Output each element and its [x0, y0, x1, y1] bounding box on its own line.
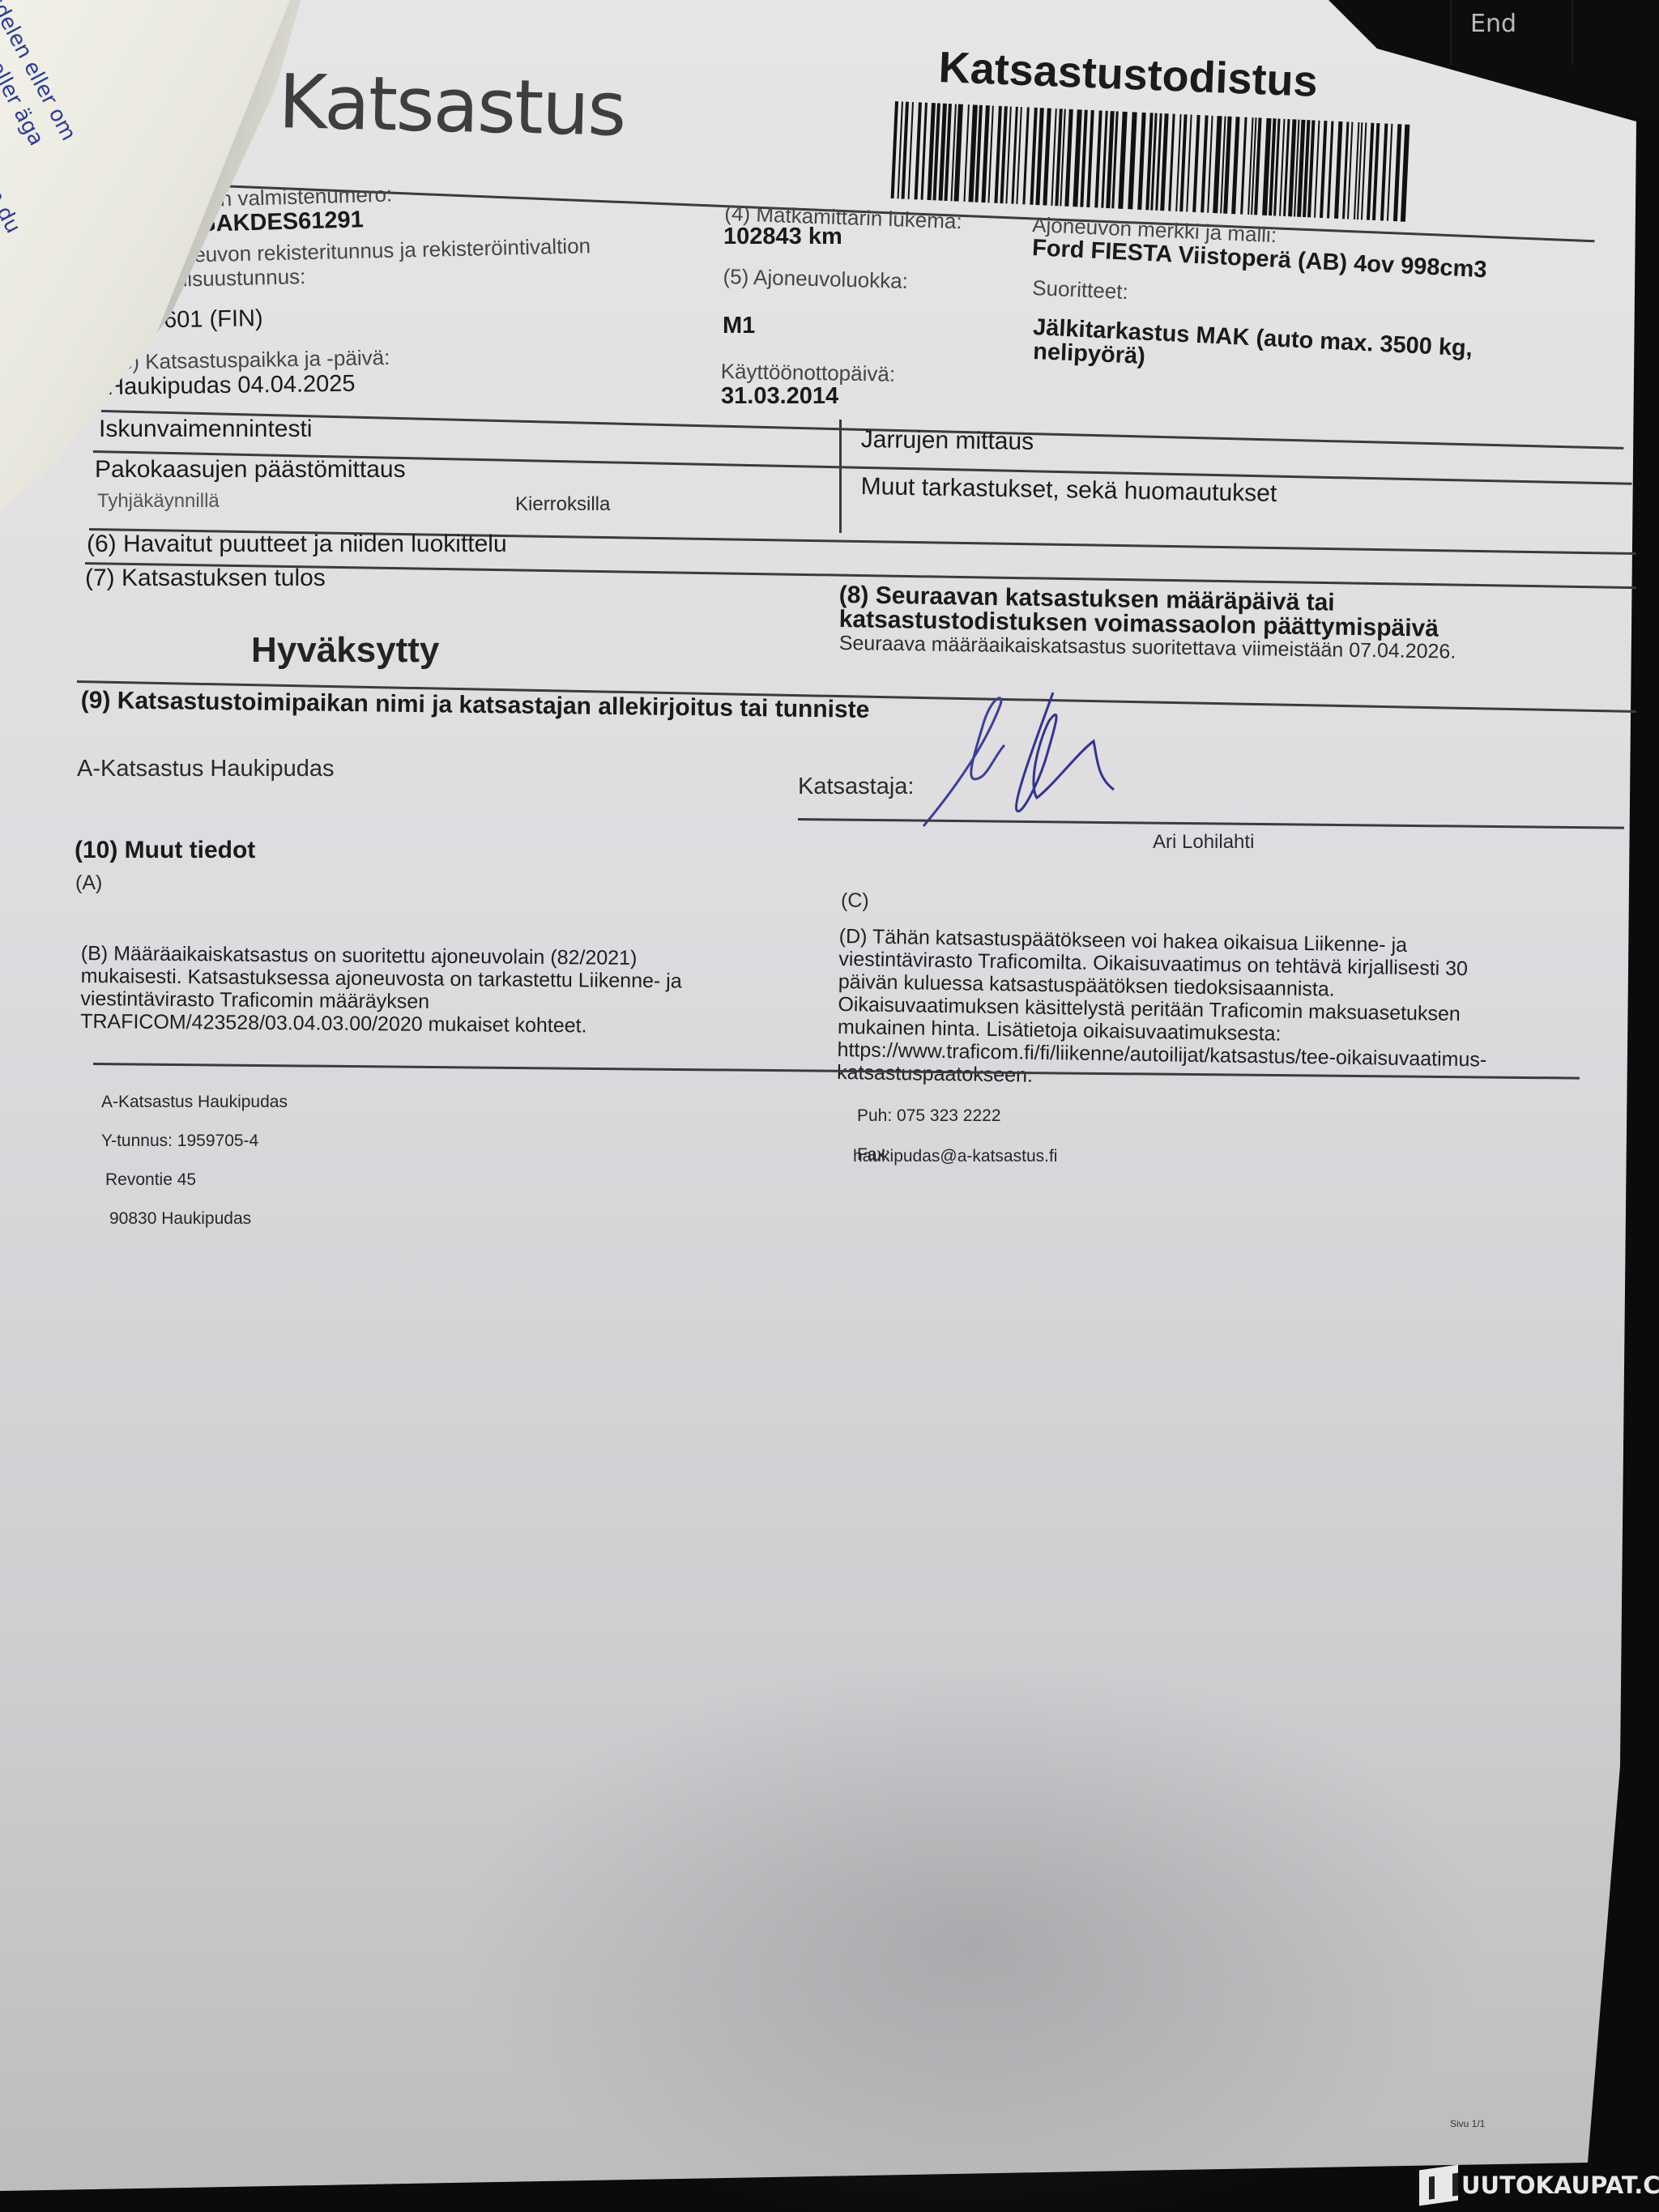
barcode-bar [1231, 117, 1239, 214]
column-divider [839, 420, 842, 533]
barcode-bar [1334, 121, 1342, 219]
contact-email[interactable]: haukipudas@a-katsastus.fi [853, 1147, 1057, 1166]
barcode-bar [1207, 116, 1213, 213]
business-id: Y-tunnus: 1959705-4 [101, 1132, 288, 1151]
key-divider [1450, 0, 1452, 65]
brake-measurement: Jarrujen mittaus [861, 426, 1034, 456]
defects-heading: (6) Havaitut puutteet ja niiden luokitte… [87, 531, 507, 558]
key-divider [1572, 0, 1573, 65]
barcode-bar [1043, 109, 1051, 206]
postal-address: 90830 Haukipudas [101, 1209, 288, 1229]
barcode-bar [1314, 121, 1320, 218]
services-label: Suoritteet: [1032, 275, 1129, 305]
result-value: Hyväksytty [251, 630, 439, 671]
barcode-bar [908, 102, 914, 199]
rpm-label: Kierroksilla [515, 493, 610, 516]
vehicle-class-value: M1 [723, 313, 755, 339]
street-address: Revontie 45 [101, 1170, 288, 1190]
page-number: Sivu 1/1 [1450, 2118, 1485, 2129]
barcode-bar [1137, 113, 1145, 210]
barcode-bar [1022, 107, 1029, 204]
barcode-bar [1168, 114, 1175, 211]
other-info-heading: (10) Muut tiedot [75, 837, 255, 864]
shock-absorber-test: Iskunvaimennintesti [99, 416, 312, 443]
services-value-2: nelipyörä) [1033, 339, 1146, 370]
note-a: (A) [75, 872, 102, 895]
inspector-label: Katsastaja: [798, 774, 914, 800]
inspector-name: Ari Lohilahti [1153, 831, 1254, 854]
company-name: A-Katsastus Haukipudas [101, 1093, 288, 1112]
emissions-measurement: Pakokaasujen päästömittaus [95, 456, 406, 484]
barcode-bar [1401, 125, 1410, 222]
barcode-bar [1327, 121, 1333, 218]
note-b: (B) Määräaikaiskatsastus on suoritettu a… [80, 942, 682, 1038]
barcode-bar [1186, 115, 1192, 212]
result-label: (7) Katsastuksen tulos [85, 565, 326, 592]
barcode-bar [1086, 110, 1094, 207]
note-d: (D) Tähän katsastuspäätökseen voi hakea … [837, 925, 1489, 1094]
inspector-signature [915, 688, 1207, 834]
huutokaupat-watermark: UUTOKAUPAT.COM [1419, 2167, 1659, 2203]
huutokaupat-logo-icon [1419, 2165, 1458, 2206]
barcode-bar [921, 103, 928, 200]
footer-company: A-Katsastus Haukipudas Y-tunnus: 1959705… [101, 1073, 288, 1248]
barcode-bar [1118, 112, 1127, 209]
phone-number: Puh: 075 323 2222 [857, 1106, 1001, 1126]
note-c: (C) [841, 889, 869, 913]
first-use-value: 31.03.2014 [721, 383, 838, 410]
footer-contact: Puh: 075 323 2222 Fax: [857, 1087, 1001, 1184]
inspection-place-value: Haukipudas 04.04.2025 [107, 371, 356, 401]
idle-label: Tyhjäkäynnillä [97, 490, 220, 513]
barcode-bar [1064, 109, 1073, 207]
barcode-bar [1387, 124, 1392, 221]
watermark-text: UUTOKAUPAT.COM [1461, 2172, 1659, 2199]
barcode-bar [1192, 115, 1200, 212]
barcode-bar [1240, 117, 1247, 215]
barcode-bar [1320, 121, 1327, 218]
vehicle-class-label: (5) Ajoneuvoluokka: [723, 264, 908, 294]
station-name: A-Katsastus Haukipudas [77, 756, 335, 782]
odometer-value: 102843 km [723, 224, 842, 250]
katsastus-logo: Katsastus [278, 58, 626, 153]
barcode-bar [1128, 112, 1137, 209]
keyboard-end-key: End [1470, 10, 1516, 38]
